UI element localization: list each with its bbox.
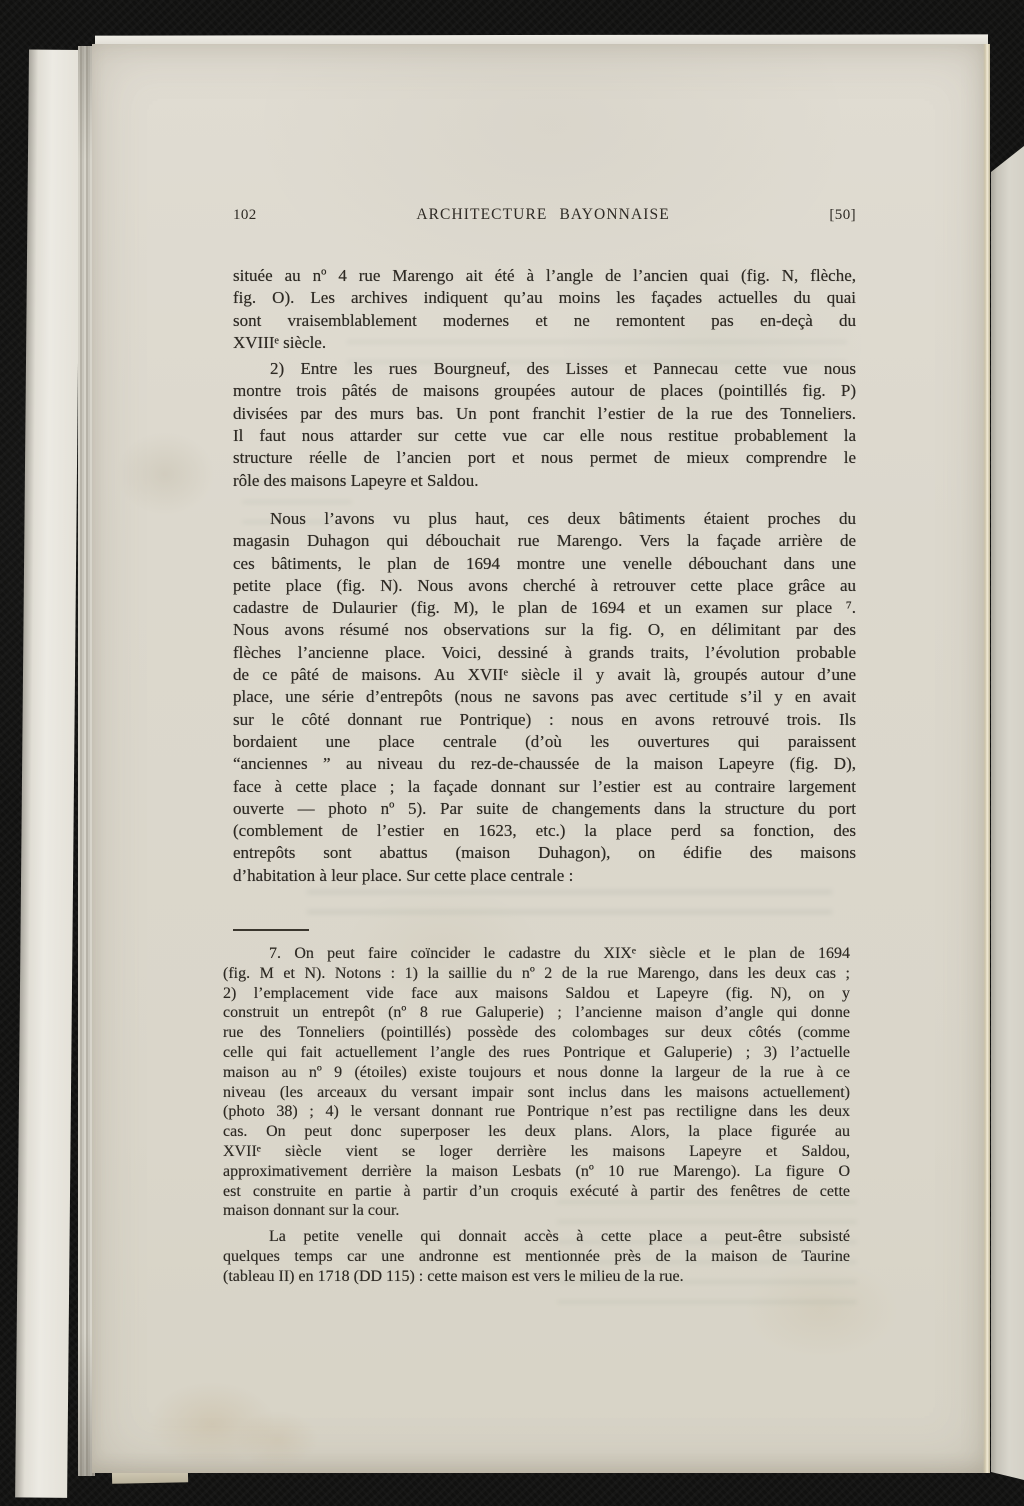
footnote-separator [233,929,309,931]
text-line: de ce pâté de maisons. Au XVIIᵉ siècle i… [233,664,856,686]
text-line: 7. On peut faire coïncider le cadastre d… [223,944,850,964]
text-line: XVIIᵉ siècle vient se loger derrière les… [223,1142,850,1162]
text-line: divisées par des murs bas. Un pont franc… [233,403,856,425]
text-line: petite place (fig. N). Nous avons cherch… [233,575,856,597]
text-line: (comblement de l’estier en 1623, etc.) l… [233,820,856,842]
text-line: La petite venelle qui donnait accès à ce… [223,1227,850,1247]
text-line: maison donnant sur la cour. [223,1201,850,1221]
text-line: place, une série d’entrepôts (nous ne sa… [233,686,856,708]
text-line: construit un entrepôt (nº 8 rue Galuperi… [223,1003,850,1023]
text-line: rôle des maisons Lapeyre et Saldou. [233,470,856,492]
paragraph: 7. On peut faire coïncider le cadastre d… [223,944,850,1221]
text-line: fig. O). Les archives indiquent qu’au mo… [233,287,856,309]
text-line: sur le côté donnant rue Pontrique) : nou… [233,709,856,731]
body-text: située au nº 4 rue Marengo ait été à l’a… [233,265,856,887]
ink-bleed-smudge [307,890,832,922]
text-line: 2) l’emplacement vide face aux maisons S… [223,984,850,1004]
page-header: 102 ARCHITECTURE BAYONNAISE [50] [233,206,856,224]
text-line: cadastre de Dulaurier (fig. M), le plan … [233,597,856,619]
text-line: montre trois pâtés de maisons groupées a… [233,380,856,402]
scan-background: 102 ARCHITECTURE BAYONNAISE [50] située … [0,0,1024,1506]
text-line: cas. On peut donc superposer les deux pl… [223,1122,850,1142]
text-line: Il faut nous attarder sur cette vue car … [233,425,856,447]
footnote: 7. On peut faire coïncider le cadastre d… [223,944,850,1287]
text-line: 2) Entre les rues Bourgneuf, des Lisses … [233,358,856,380]
text-line: Nous l’avons vu plus haut, ces deux bâti… [233,508,856,530]
text-line: approximativement derrière la maison Les… [223,1162,850,1182]
text-line: “anciennes ” au niveau du rez-de-chaussé… [233,753,856,775]
paragraph: Nous l’avons vu plus haut, ces deux bâti… [233,508,856,887]
text-line: magasin Duhagon qui débouchait rue Maren… [233,530,856,552]
text-line: face à cette place ; la façade donnant s… [233,776,856,798]
text-line: est construite en partie à partir d’un c… [223,1182,850,1202]
paragraph: La petite venelle qui donnait accès à ce… [223,1227,850,1286]
text-line: XVIIIᵉ siècle. [233,332,856,354]
text-line: (photo 38) ; 4) le versant donnant rue P… [223,1102,850,1122]
text-line: flèches l’ancienne place. Voici, dessiné… [233,642,856,664]
paragraph: située au nº 4 rue Marengo ait été à l’a… [233,265,856,354]
text-line: entrepôts sont abattus (maison Duhagon),… [233,842,856,864]
text-line: ouverte — photo nº 5). Par suite de chan… [233,798,856,820]
text-line: bordaient une place centrale (d’où les o… [233,731,856,753]
text-line: structure réelle de l’ancien port et nou… [233,447,856,469]
text-line: d’habitation à leur place. Sur cette pla… [233,865,856,887]
text-line: rue des Tonneliers (pointillés) possède … [223,1023,850,1043]
text-line: maison au nº 9 (étoiles) existe toujours… [223,1063,850,1083]
book-page: 102 ARCHITECTURE BAYONNAISE [50] située … [92,44,990,1473]
text-line: Nous avons résumé nos observations sur l… [233,619,856,641]
paragraph: 2) Entre les rues Bourgneuf, des Lisses … [233,358,856,492]
text-line: située au nº 4 rue Marengo ait été à l’a… [233,265,856,287]
text-line: sont vraisemblablement modernes et ne re… [233,310,856,332]
text-line: (fig. M et N). Notons : 1) la saillie du… [223,964,850,984]
facing-page-edge [991,146,1024,1480]
text-line: quelques temps car une andronne est ment… [223,1247,850,1267]
folio-number: [50] [829,207,856,224]
running-title: ARCHITECTURE BAYONNAISE [416,206,669,224]
page-stack-fore-edge [15,50,81,1498]
text-line: ces bâtiments, le plan de 1694 montre un… [233,553,856,575]
text-line: celle qui fait actuellement l’angle des … [223,1043,850,1063]
page-number: 102 [233,207,257,224]
text-line: (tableau II) en 1718 (DD 115) : cette ma… [223,1267,850,1287]
text-line: niveau (les arceaux du versant impair so… [223,1083,850,1103]
